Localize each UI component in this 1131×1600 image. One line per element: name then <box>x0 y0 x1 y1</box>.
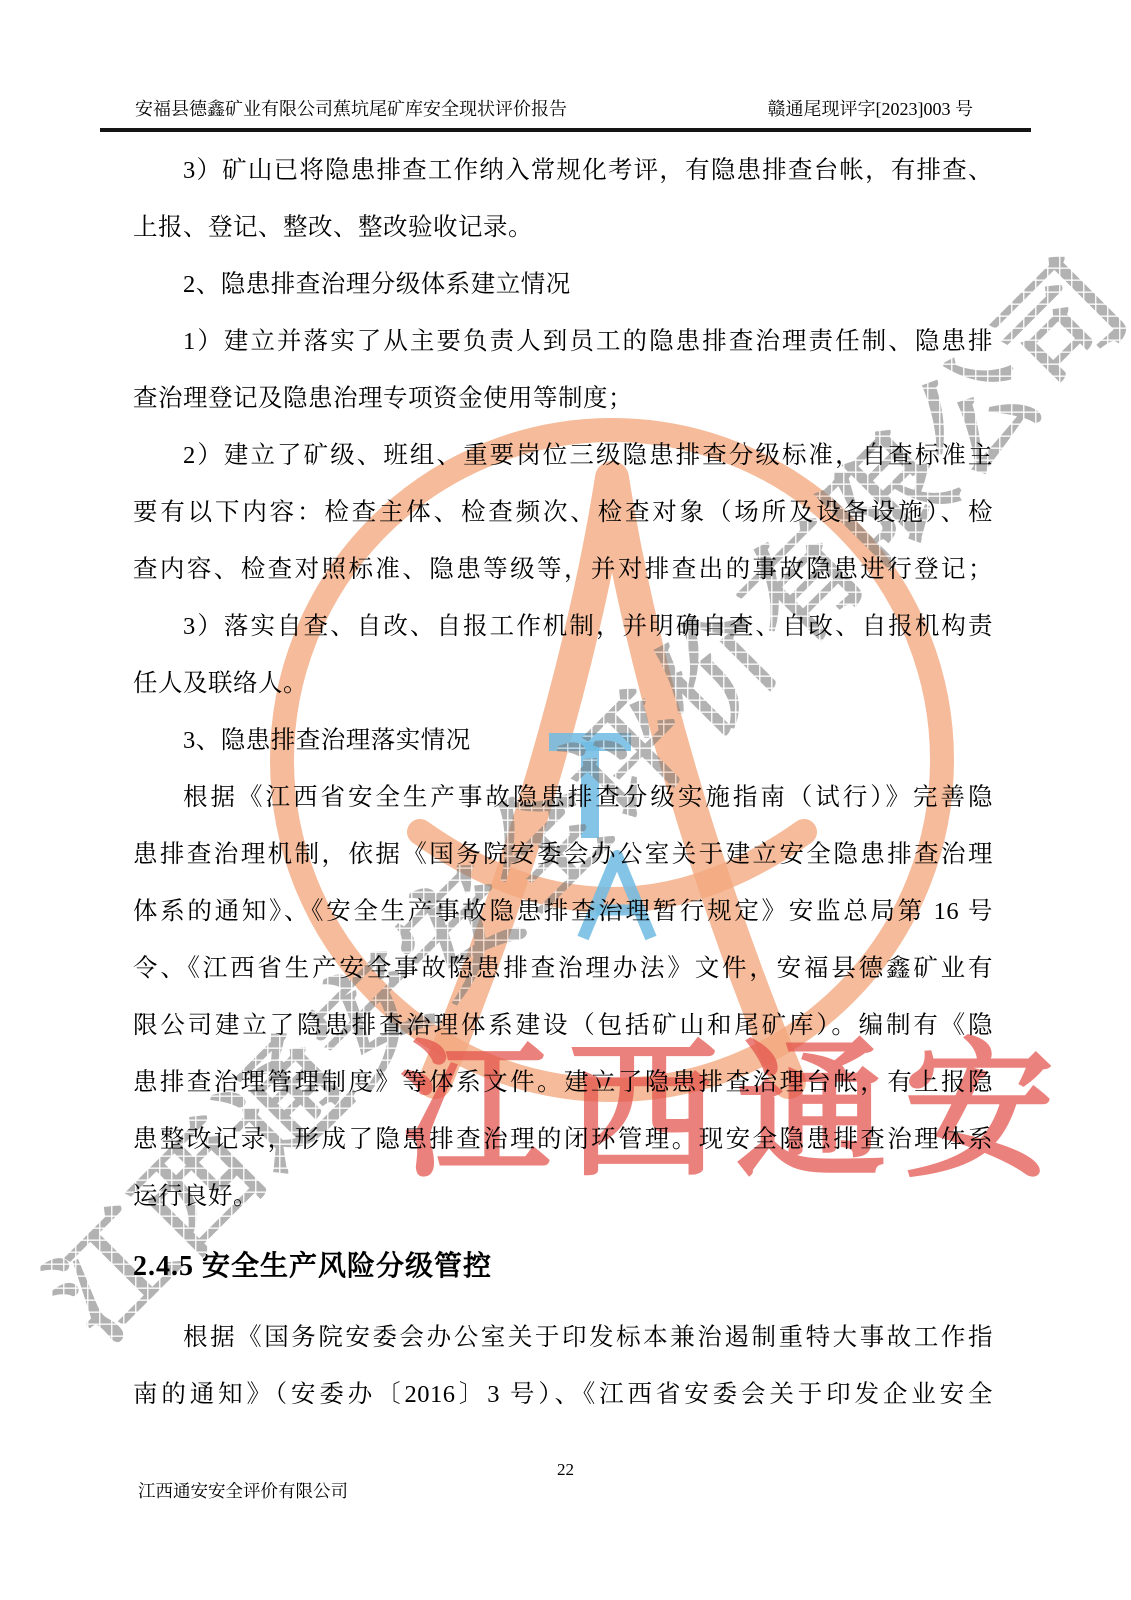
page-header: 安福县德鑫矿业有限公司蕉坑尾矿库安全现状评价报告 赣通尾现评字[2023]003… <box>133 96 993 124</box>
body-text: 3）矿山已将隐患排查工作纳入常规化考评，有隐患排查台帐，有排查、上报、登记、整改… <box>133 142 993 1423</box>
body-line: 3）矿山已将隐患排查工作纳入常规化考评，有隐患排查台帐，有排查、 <box>133 142 993 199</box>
body-line: 令、《江西省生产安全事故隐患排查治理办法》文件，安福县德鑫矿业有 <box>133 940 993 997</box>
body-line: 患排查治理机制，依据《国务院安委会办公室关于建立安全隐患排查治理 <box>133 826 993 883</box>
body-line: 2）建立了矿级、班组、重要岗位三级隐患排查分级标准，自查标准主 <box>133 427 993 484</box>
header-report-title: 安福县德鑫矿业有限公司蕉坑尾矿库安全现状评价报告 <box>135 96 567 122</box>
body-line: 要有以下内容：检查主体、检查频次、检查对象（场所及设备设施）、检 <box>133 484 993 541</box>
body-line: 根据《国务院安委会办公室关于印发标本兼治遏制重特大事故工作指 <box>133 1309 993 1366</box>
body-line: 1）建立并落实了从主要负责人到员工的隐患排查治理责任制、隐患排 <box>133 313 993 370</box>
section-heading: 2.4.5 安全生产风险分级管控 <box>133 1231 993 1303</box>
report-page: 江西通安安全评价有限公司 江西通安 安福县德鑫矿业有限公司蕉坑尾矿库安全现状评价… <box>0 0 1131 1600</box>
body-line: 限公司建立了隐患排查治理体系建设（包括矿山和尾矿库）。编制有《隐 <box>133 997 993 1054</box>
body-line: 3）落实自查、自改、自报工作机制，并明确自查、自改、自报机构责 <box>133 598 993 655</box>
body-line: 2、隐患排查治理分级体系建立情况 <box>133 256 993 313</box>
body-line: 体系的通知》、《安全生产事故隐患排查治理暂行规定》安监总局第 16 号 <box>133 883 993 940</box>
body-line: 患整改记录，形成了隐患排查治理的闭环管理。现安全隐患排查治理体系 <box>133 1111 993 1168</box>
body-line: 查内容、检查对照标准、隐患等级等，并对排查出的事故隐患进行登记； <box>133 541 993 598</box>
body-line: 南的通知》（安委办〔2016〕3 号）、《江西省安委会关于印发企业安全 <box>133 1366 993 1423</box>
page-number: 22 <box>528 1460 603 1480</box>
body-line: 查治理登记及隐患治理专项资金使用等制度； <box>133 370 993 427</box>
footer-company-name: 江西通安安全评价有限公司 <box>138 1478 348 1503</box>
body-line: 根据《江西省安全生产事故隐患排查分级实施指南（试行）》完善隐 <box>133 769 993 826</box>
body-line: 患排查治理管理制度》等体系文件。建立了隐患排查治理台帐，有上报隐 <box>133 1054 993 1111</box>
body-line: 3、隐患排查治理落实情况 <box>133 712 993 769</box>
body-line: 运行良好。 <box>133 1168 993 1225</box>
body-line: 上报、登记、整改、整改验收记录。 <box>133 199 993 256</box>
header-doc-number: 赣通尾现评字[2023]003 号 <box>768 96 974 122</box>
header-rule <box>100 128 1031 132</box>
body-line: 任人及联络人。 <box>133 655 993 712</box>
